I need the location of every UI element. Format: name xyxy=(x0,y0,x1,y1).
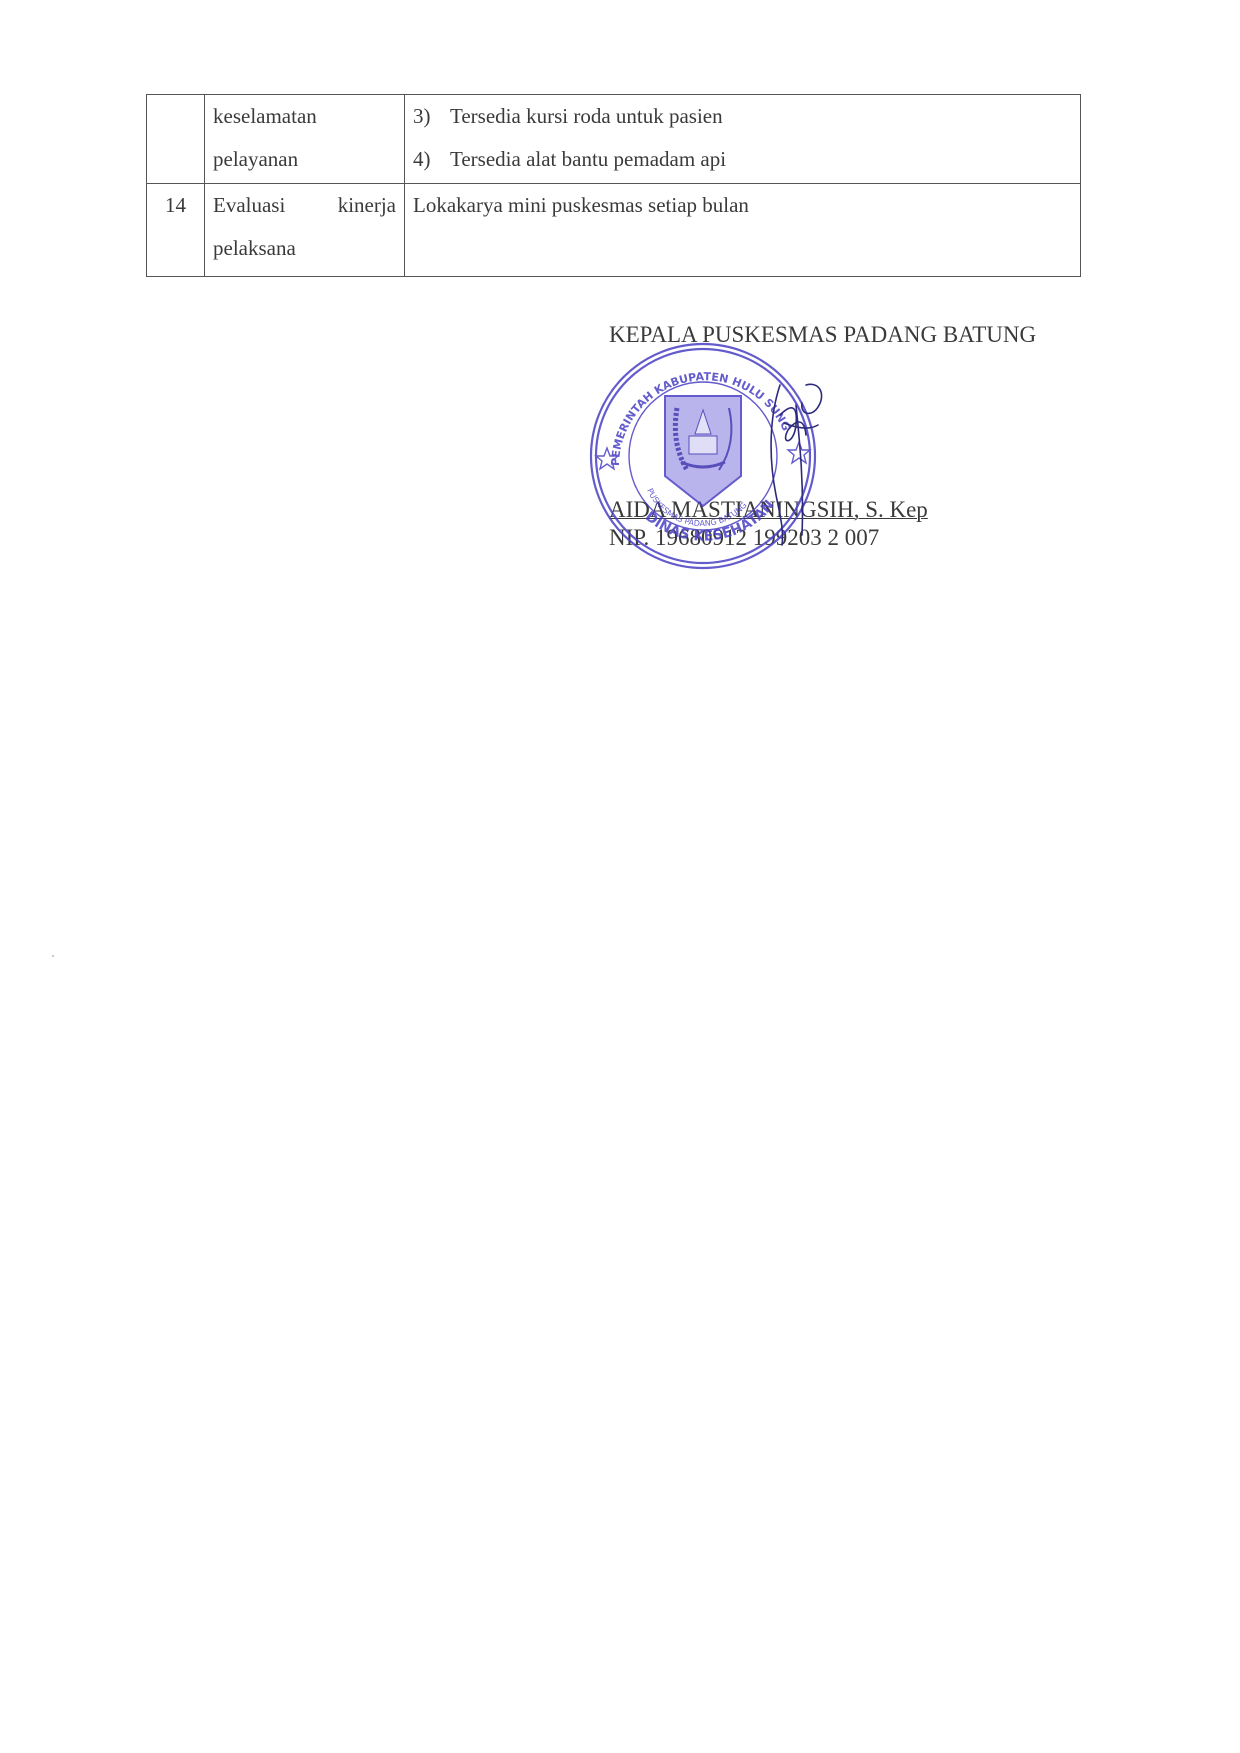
svg-text:PEMERINTAH KABUPATEN HULU SUNG: PEMERINTAH KABUPATEN HULU SUNGAI SELATAN xyxy=(585,338,793,466)
aspect-word: Evaluasi xyxy=(213,184,285,227)
aspect-line: Evaluasi kinerja xyxy=(213,184,396,227)
aspect-line: keselamatan xyxy=(213,95,396,138)
list-item: 3) Tersedia kursi roda untuk pasien xyxy=(413,95,1072,138)
signatory-name: AIDA MASTIANINGSIH, S. Kep xyxy=(609,497,928,523)
row-number-cell: 14 xyxy=(147,184,205,277)
document-table: keselamatan pelayanan 3) Tersedia kursi … xyxy=(146,94,1081,277)
list-item-text: Tersedia kursi roda untuk pasien xyxy=(450,95,723,138)
table-row: 14 Evaluasi kinerja pelaksana Lokakarya … xyxy=(147,184,1081,277)
list-item: 4) Tersedia alat bantu pemadam api xyxy=(413,138,1072,181)
signatory-title: KEPALA PUSKESMAS PADANG BATUNG xyxy=(609,322,1036,348)
list-item-number: 4) xyxy=(413,138,450,181)
list-item-text: Tersedia alat bantu pemadam api xyxy=(450,138,726,181)
aspect-cell: keselamatan pelayanan xyxy=(205,95,405,184)
description-cell: Lokakarya mini puskesmas setiap bulan xyxy=(405,184,1081,277)
aspect-line: pelaksana xyxy=(213,227,396,270)
handwritten-signature-icon xyxy=(760,375,830,550)
scan-speck xyxy=(52,955,54,957)
row-number-cell xyxy=(147,95,205,184)
aspect-line: pelayanan xyxy=(213,138,396,181)
description-cell: 3) Tersedia kursi roda untuk pasien 4) T… xyxy=(405,95,1081,184)
aspect-cell: Evaluasi kinerja pelaksana xyxy=(205,184,405,277)
signatory-nip: NIP. 19680912 199203 2 007 xyxy=(609,525,879,551)
table-row: keselamatan pelayanan 3) Tersedia kursi … xyxy=(147,95,1081,184)
list-item-number: 3) xyxy=(413,95,450,138)
aspect-word: kinerja xyxy=(338,184,396,227)
